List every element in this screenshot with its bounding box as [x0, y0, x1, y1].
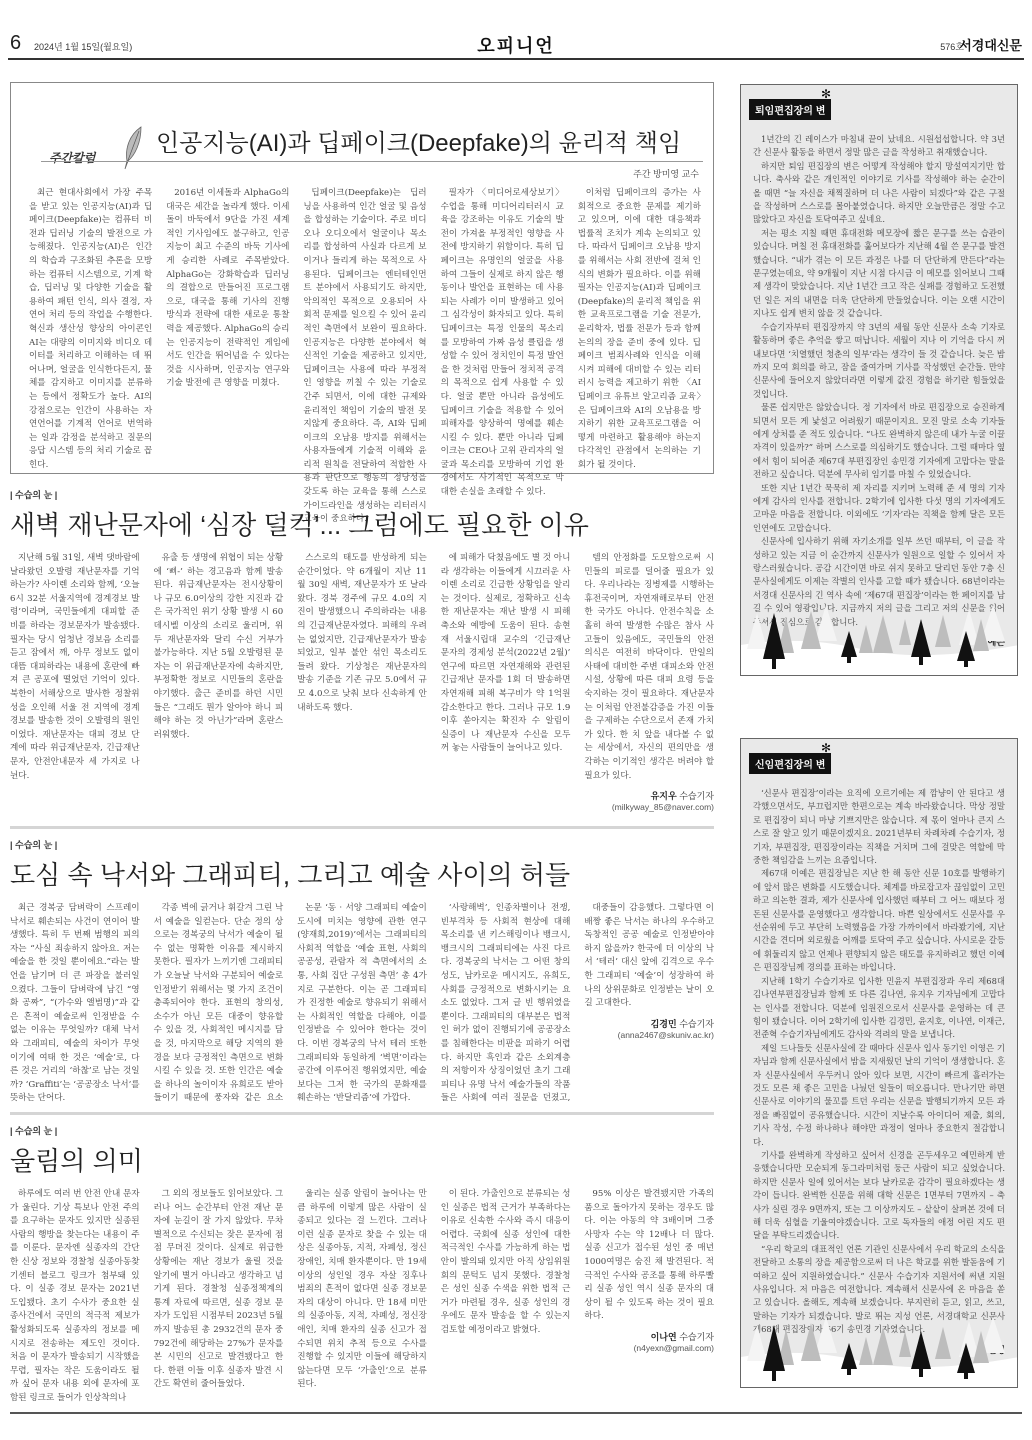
box-text: ‘신문사 편집장’이라는 요직에 오르기에는 제 깜냥이 안 된다고 생각했으면… — [753, 787, 1005, 1356]
article-graffiti: | 수습의 눈 | 도심 속 낙서와 그래피티, 그리고 예술 사이의 허들 최… — [10, 838, 714, 1103]
page-number: 6 — [10, 32, 21, 55]
outgoing-editor-box: ✻ 퇴임편집장의 변 1년간의 긴 레이스가 마침내 끝이 났네요. 시원섭섭합… — [740, 84, 1018, 676]
paragraph: 울리는 실종 알림이 늘어나는 만큼 하루에 이렇게 많은 사람이 실종되고 있… — [297, 1188, 427, 1392]
reporter-name: 유지우 — [651, 791, 677, 801]
article-headline: 울림의 의미 — [10, 1141, 714, 1178]
reporter-signature: 유지우 수습기자 — [584, 789, 714, 802]
masthead: 6 2024년 1월 15일(월요일) 오피니언 576호 서경대신문 — [8, 30, 1024, 60]
reporter-email[interactable]: (anna2467@skuniv.ac.kr) — [584, 1030, 714, 1040]
paragraph: 1년간의 긴 레이스가 마침내 끝이 났네요. 시원섭섭합니다. 약 3년간 신… — [753, 133, 1005, 160]
box-label: 신임편집장의 변 — [749, 753, 831, 774]
paragraph: 그 외의 정보들도 읽어보았다. 그러나 어느 순간부터 안전 재난 문자에 눈… — [154, 1188, 284, 1392]
paragraph: 유출 등 생명에 위협이 되는 상황에 ‘삐-’ 하는 경고음과 함께 발송된다… — [154, 552, 284, 742]
paragraph: 하루에도 여러 번 안전 안내 문자가 울린다. 기상 특보나 안전 주의를 요… — [10, 1188, 140, 1404]
paragraph: 이 된다. 가출인으로 분류되는 성인 실종은 법적 근거가 부족하다는 이유로… — [441, 1188, 571, 1338]
issue-date: 2024년 1월 15일(월요일) — [34, 40, 132, 53]
section-title: 오피니언 — [8, 32, 1024, 58]
article-body: 하루에도 여러 번 안전 안내 문자가 울린다. 기상 특보나 안전 주의를 요… — [10, 1188, 714, 1404]
reporter-name: 이나연 — [651, 1332, 677, 1342]
article-echo-meaning: | 수습의 눈 | 울림의 의미 하루에도 여러 번 안전 안내 문자가 울린다… — [10, 1124, 714, 1404]
paragraph: 최근 경복궁 담벼락이 스프레이 낙서로 훼손되는 사건이 연이어 발생했다. … — [10, 902, 140, 1103]
paragraph: 대중들이 감응했다. 그렇다면 이 배짱 좋은 낙서는 하나의 우수하고 독창적… — [584, 902, 714, 1011]
reporter-title: 수습기자 — [679, 791, 714, 801]
article-tag: | 수습의 눈 | — [10, 1124, 714, 1137]
section-divider — [10, 1112, 714, 1115]
page-bottom-rule — [10, 1412, 1022, 1414]
column-title: 인공지능(AI)과 딥페이크(Deepfake)의 윤리적 책임 — [156, 123, 681, 158]
paragraph: 또한 지난 1년간 묵묵히 제 자리를 지키며 노력해 준 세 명의 기자에게 … — [753, 482, 1005, 536]
paragraph: 템의 안정화를 도모함으로써 시민들의 피로를 덜어줄 필요가 있다. 우리나라… — [584, 552, 714, 783]
paragraph: 하지만 퇴임 편집장의 변은 어떻게 작성해야 할지 망설여지기만 합니다. 축… — [753, 160, 1005, 227]
reporter-title: 수습기자 — [679, 1332, 714, 1342]
paragraph: 딥페이크(Deepfake)는 딥러닝을 사용하여 인간 얼굴 및 음성을 합성… — [303, 187, 426, 527]
paragraph: 저는 평소 지칠 때면 휴대전화 메모장에 짧은 문구를 쓰는 습관이 있습니다… — [753, 227, 1005, 321]
newspaper-name: 서경대신문 — [959, 35, 1022, 54]
article-tag: | 수습의 눈 | — [10, 838, 714, 851]
reporter-email[interactable]: (milkyway_85@naver.com) — [584, 802, 714, 812]
paragraph: 기사를 완벽하게 작성하고 싶어서 신경을 곤두세우고 예민하게 반응했습니다만… — [753, 1149, 1005, 1243]
paragraph: 제일 드나들듯 신문사실에 갈 때마다 신문사 입사 동기인 이영은 기자님과 … — [753, 1042, 1005, 1149]
box-text: 1년간의 긴 레이스가 마침내 끝이 났네요. 시원섭섭합니다. 약 3년간 신… — [753, 133, 1005, 648]
reporter-name: 김경민 — [651, 1019, 677, 1029]
column-kicker: 주간칼럼 — [49, 149, 95, 166]
reporter-signature: 김경민 수습기자 — [584, 1017, 714, 1030]
title-rule — [41, 161, 703, 162]
paragraph: 이처럼 딥페이크의 증가는 사회적으로 중요한 문제를 제기하고 있으며, 이에… — [578, 187, 701, 472]
reporter-email[interactable]: (n4yexn@gmail.com) — [584, 1343, 714, 1353]
article-disaster-alert: | 수습의 눈 | 새벽 재난문자에 ‘심장 덜컥’... 그럼에도 필요한 이… — [10, 488, 714, 818]
incoming-editor-box: ✻ 신임편집장의 변 ‘신문사 편집장’이라는 요직에 오르기에는 제 깜냥이 … — [740, 738, 1018, 1388]
winter-trees-illustration — [741, 1317, 1018, 1387]
column-col: 최근 현대사회에서 가장 주목을 받고 있는 인공지능(AI)과 딥페이크(De… — [29, 187, 152, 527]
paragraph: ‘사랑해벽’, 인종차별이나 전쟁, 빈부격차 등 사회적 현상에 대해 목소리… — [441, 902, 571, 1103]
reporter-title: 수습기자 — [679, 1019, 714, 1029]
article-body: 최근 경복궁 담벼락이 스프레이 낙서로 훼손되는 사건이 연이어 발생했다. … — [10, 902, 714, 1103]
paragraph: 95% 이상은 발견됐지만 가족의 품으로 돌아가지 못하는 경우도 많다. 이… — [584, 1188, 714, 1324]
feather-quill-icon — [121, 125, 145, 171]
weekly-column: 주간칼럼 인공지능(AI)과 딥페이크(Deepfake)의 윤리적 책임 주간… — [10, 82, 714, 474]
paragraph: 제67대 이예은 편집장님은 지난 한 해 동안 신문 10호를 발행하기에 앞… — [753, 867, 1005, 974]
winter-trees-illustration — [741, 605, 1018, 675]
article-body: 지난해 5월 31일, 새벽 댓바람에 날라왔던 오발령 재난문자를 기억하는가… — [10, 552, 714, 812]
paragraph: 수습기자부터 편집장까지 약 3년의 세월 동안 신문사 소속 기자로 활동하며… — [753, 321, 1005, 401]
column-col: 필자가 〈미디어로세상보기〉 수업을 통해 미디어리터러시 교육을 강조하는 이… — [441, 187, 564, 527]
column-col: 이처럼 딥페이크의 증가는 사회적으로 중요한 문제를 제기하고 있으며, 이에… — [578, 187, 701, 527]
column-col: 2016년 이세돌과 AlphaGo의 대국은 세간을 놀라게 했다. 이세돌이… — [166, 187, 289, 527]
paragraph: 에 피해가 닥쳤음에도 별 것 아니라 생각하는 이들에게 시끄러운 사이렌 소… — [441, 552, 571, 756]
paragraph: 필자가 〈미디어로세상보기〉 수업을 통해 미디어리터러시 교육을 강조하는 이… — [441, 187, 564, 500]
paragraph: 논문 ‘동 · 서양 그래피티 예술이 도시에 미치는 영향에 관한 연구(양재… — [297, 902, 427, 1103]
paragraph: 2016년 이세돌과 AlphaGo의 대국은 세간을 놀라게 했다. 이세돌이… — [166, 187, 289, 391]
article-headline: 도심 속 낙서와 그래피티, 그리고 예술 사이의 허들 — [10, 855, 714, 892]
column-col: 딥페이크(Deepfake)는 딥러닝을 사용하여 인간 얼굴 및 음성을 합성… — [303, 187, 426, 527]
paragraph: 지난해 1학기 수습기자로 입사한 민윤지 부편집장과 우리 제68대 김나연부… — [753, 975, 1005, 1042]
article-tag: | 수습의 눈 | — [10, 488, 714, 501]
paragraph: 스스로의 태도를 반성하게 되는 순간이었다. 약 6개월이 지난 11월 30… — [297, 552, 427, 715]
paragraph: 지난해 5월 31일, 새벽 댓바람에 날라왔던 오발령 재난문자를 기억하는가… — [10, 552, 140, 783]
paragraph: 각종 벽에 긁거나 휘갈겨 그린 낙서 예술을 일컫는다. 단순 정의 상으로는… — [154, 902, 284, 1103]
box-label: 퇴임편집장의 변 — [749, 99, 831, 120]
paragraph: ‘신문사 편집장’이라는 요직에 오르기에는 제 깜냥이 안 된다고 생각했으면… — [753, 787, 1005, 867]
article-headline: 새벽 재난문자에 ‘심장 덜컥’... 그럼에도 필요한 이유 — [10, 505, 714, 542]
section-divider — [10, 826, 714, 829]
paragraph: 물론 쉽지만은 않았습니다. 정 기자에서 바로 편집장으로 승진하게 되면서 … — [753, 401, 1005, 481]
reporter-signature: 이나연 수습기자 — [584, 1330, 714, 1343]
paragraph: 최근 현대사회에서 가장 주목을 받고 있는 인공지능(AI)과 딥페이크(De… — [29, 187, 152, 472]
column-body: 최근 현대사회에서 가장 주목을 받고 있는 인공지능(AI)과 딥페이크(De… — [29, 187, 701, 527]
column-byline: 주간 방미영 교수 — [633, 167, 699, 180]
